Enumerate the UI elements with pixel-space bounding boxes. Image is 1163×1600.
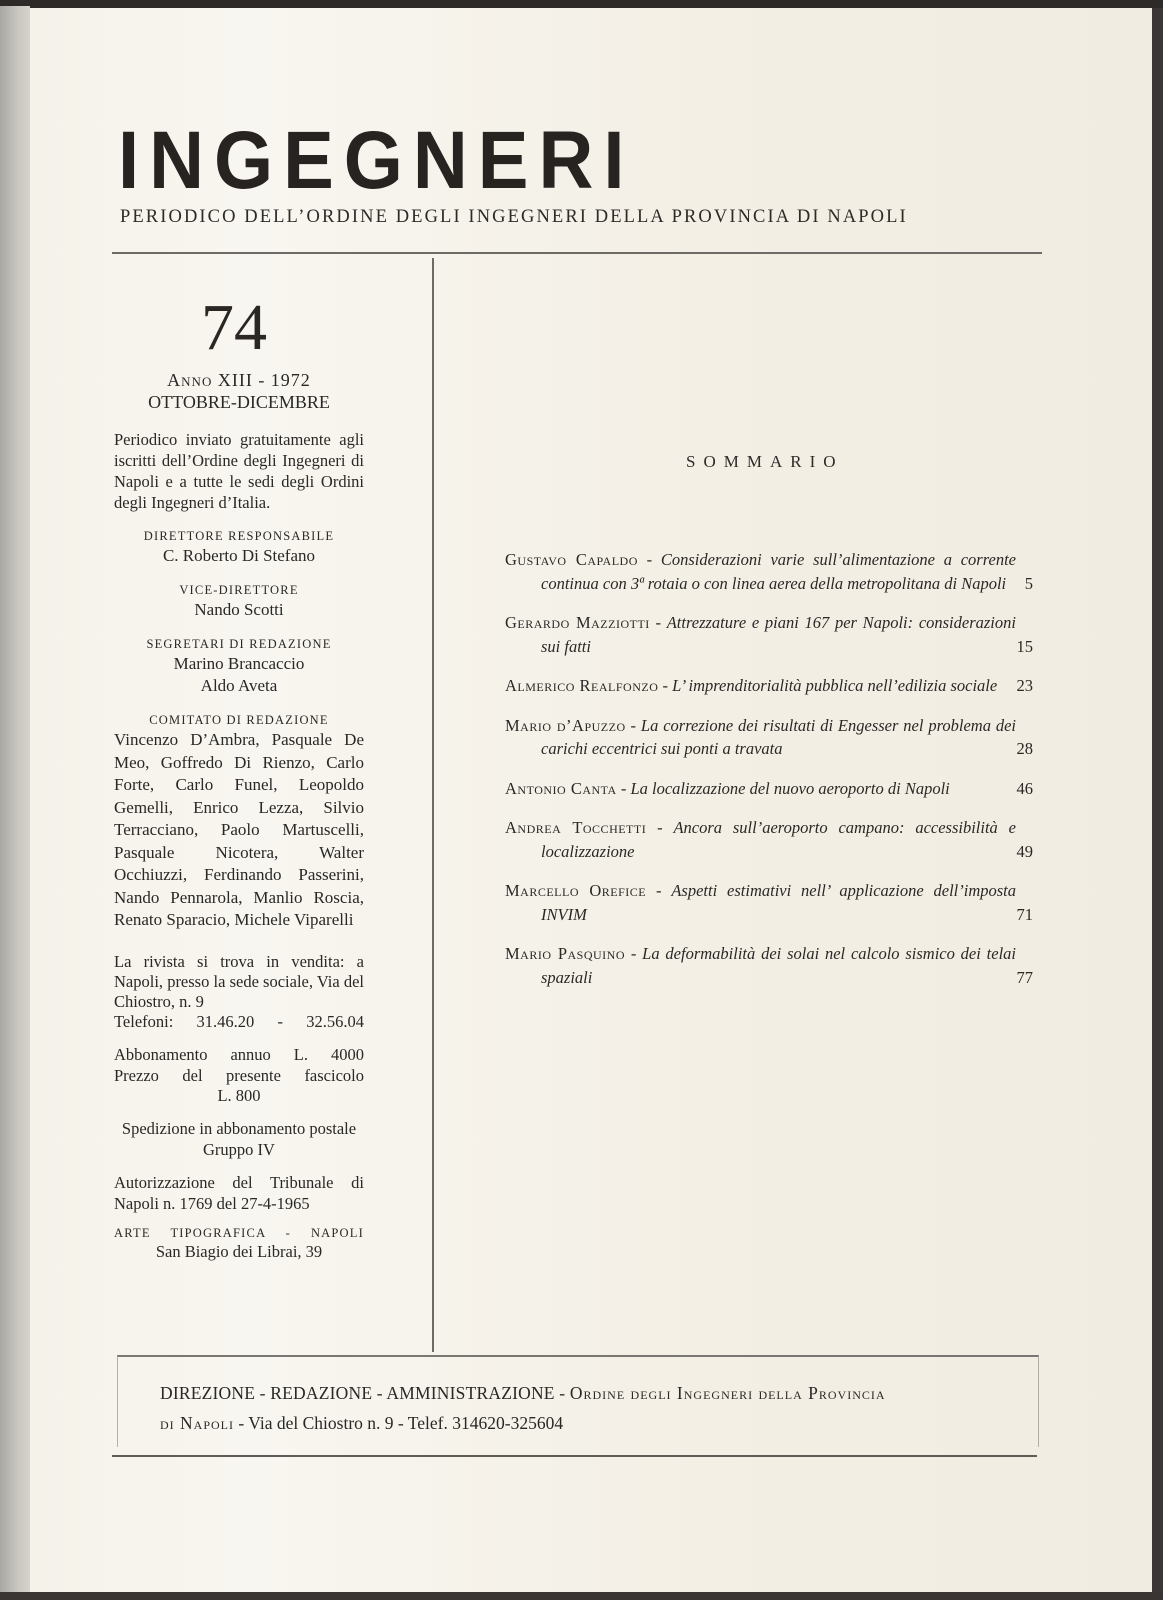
toc-page-number: 71 (1017, 903, 1034, 927)
toc-entry: Almerico Realfonzo - L’ imprenditorialit… (505, 674, 1045, 698)
toc-entry: Gustavo Capaldo - Considerazioni varie s… (505, 548, 1045, 595)
toc-page-number: 28 (1017, 737, 1034, 761)
secretary-name: Marino Brancaccio (114, 653, 364, 675)
toc-page-number: 23 (1017, 674, 1034, 698)
vice-director-label: Vice-direttore (114, 581, 364, 599)
footer-departments: DIREZIONE - REDAZIONE - AMMINISTRAZIONE … (160, 1383, 886, 1404)
table-of-contents: Gustavo Capaldo - Considerazioni varie s… (505, 548, 1045, 1005)
committee-members: Vincenzo D’Ambra, Pasquale De Meo, Goffr… (114, 729, 364, 932)
issue-year: Anno XIII - 1972 (114, 369, 364, 391)
toc-author: Mario d’Apuzzo (505, 716, 626, 735)
toc-author: Andrea Tocchetti (505, 818, 646, 837)
printer-address: San Biagio dei Librai, 39 (114, 1242, 364, 1262)
toc-page-number: 46 (1017, 777, 1034, 801)
vice-director-name: Nando Scotti (114, 599, 364, 621)
subscription-price: Abbonamento annuo L. 4000 (114, 1044, 364, 1065)
issue-number: 74 (104, 295, 364, 361)
postal-info: Spedizione in abbonamento postale Gruppo… (114, 1118, 364, 1160)
toc-entry: Marcello Orefice - Aspetti estimativi ne… (505, 879, 1045, 926)
footer-address: di Napoli - Via del Chiostro n. 9 - Tele… (160, 1413, 563, 1434)
sommario-heading: SOMMARIO (686, 452, 844, 472)
masthead-subtitle: PERIODICO DELL’ORDINE DEGLI INGEGNERI DE… (120, 207, 908, 228)
scan-border-left (0, 6, 30, 1600)
secretaries-label: Segretari di redazione (114, 635, 364, 653)
toc-page-number: 77 (1017, 966, 1034, 990)
footer-rule (112, 1455, 1037, 1457)
toc-page-number: 5 (1025, 572, 1033, 596)
issue-price-label: Prezzo del presente fascicolo (114, 1065, 364, 1086)
toc-page-number: 49 (1017, 840, 1034, 864)
toc-author: Gerardo Mazziotti (505, 613, 650, 632)
toc-author: Gustavo Capaldo (505, 550, 638, 569)
issue-description: Periodico inviato gratuitamente agli isc… (114, 429, 364, 513)
toc-author: Almerico Realfonzo (505, 676, 658, 695)
court-authorization: Autorizzazione del Tribunale di Napoli n… (114, 1172, 364, 1214)
toc-entry: Antonio Canta - La localizzazione del nu… (505, 777, 1045, 801)
toc-author: Antonio Canta (505, 779, 617, 798)
scan-border-right (1152, 8, 1163, 1600)
scan-border-top (0, 0, 1163, 8)
scan-border-bottom (0, 1592, 1163, 1600)
masthead-title: INGEGNERI (118, 120, 635, 202)
director-label: Direttore responsabile (114, 527, 364, 545)
header-rule (112, 252, 1042, 254)
toc-author: Marcello Orefice (505, 881, 646, 900)
toc-title: La localizzazione del nuovo aeroporto di… (630, 779, 949, 798)
issue-price: L. 800 (114, 1086, 364, 1106)
phone-numbers: Telefoni: 31.46.20 - 32.56.04 (114, 1012, 364, 1032)
toc-author: Mario Pasquino (505, 944, 625, 963)
sale-info: La rivista si trova in vendita: a Napoli… (114, 952, 364, 1012)
toc-entry: Mario Pasquino - La deformabilità dei so… (505, 942, 1045, 989)
colophon: 74 Anno XIII - 1972 OTTOBRE-DICEMBRE Per… (114, 295, 364, 1262)
toc-page-number: 15 (1017, 635, 1034, 659)
secretary-name: Aldo Aveta (114, 675, 364, 697)
director-name: C. Roberto Di Stefano (114, 545, 364, 567)
toc-entry: Gerardo Mazziotti - Attrezzature e piani… (505, 611, 1045, 658)
committee-label: Comitato di redazione (114, 711, 364, 729)
toc-entry: Mario d’Apuzzo - La correzione dei risul… (505, 714, 1045, 761)
toc-entry: Andrea Tocchetti - Ancora sull’aeroporto… (505, 816, 1045, 863)
printer-label: Arte Tipografica - Napoli (114, 1224, 364, 1242)
column-divider (432, 258, 434, 1352)
issue-months: OTTOBRE-DICEMBRE (114, 391, 364, 413)
toc-title: L’ imprenditorialità pubblica nell’edili… (672, 676, 997, 695)
